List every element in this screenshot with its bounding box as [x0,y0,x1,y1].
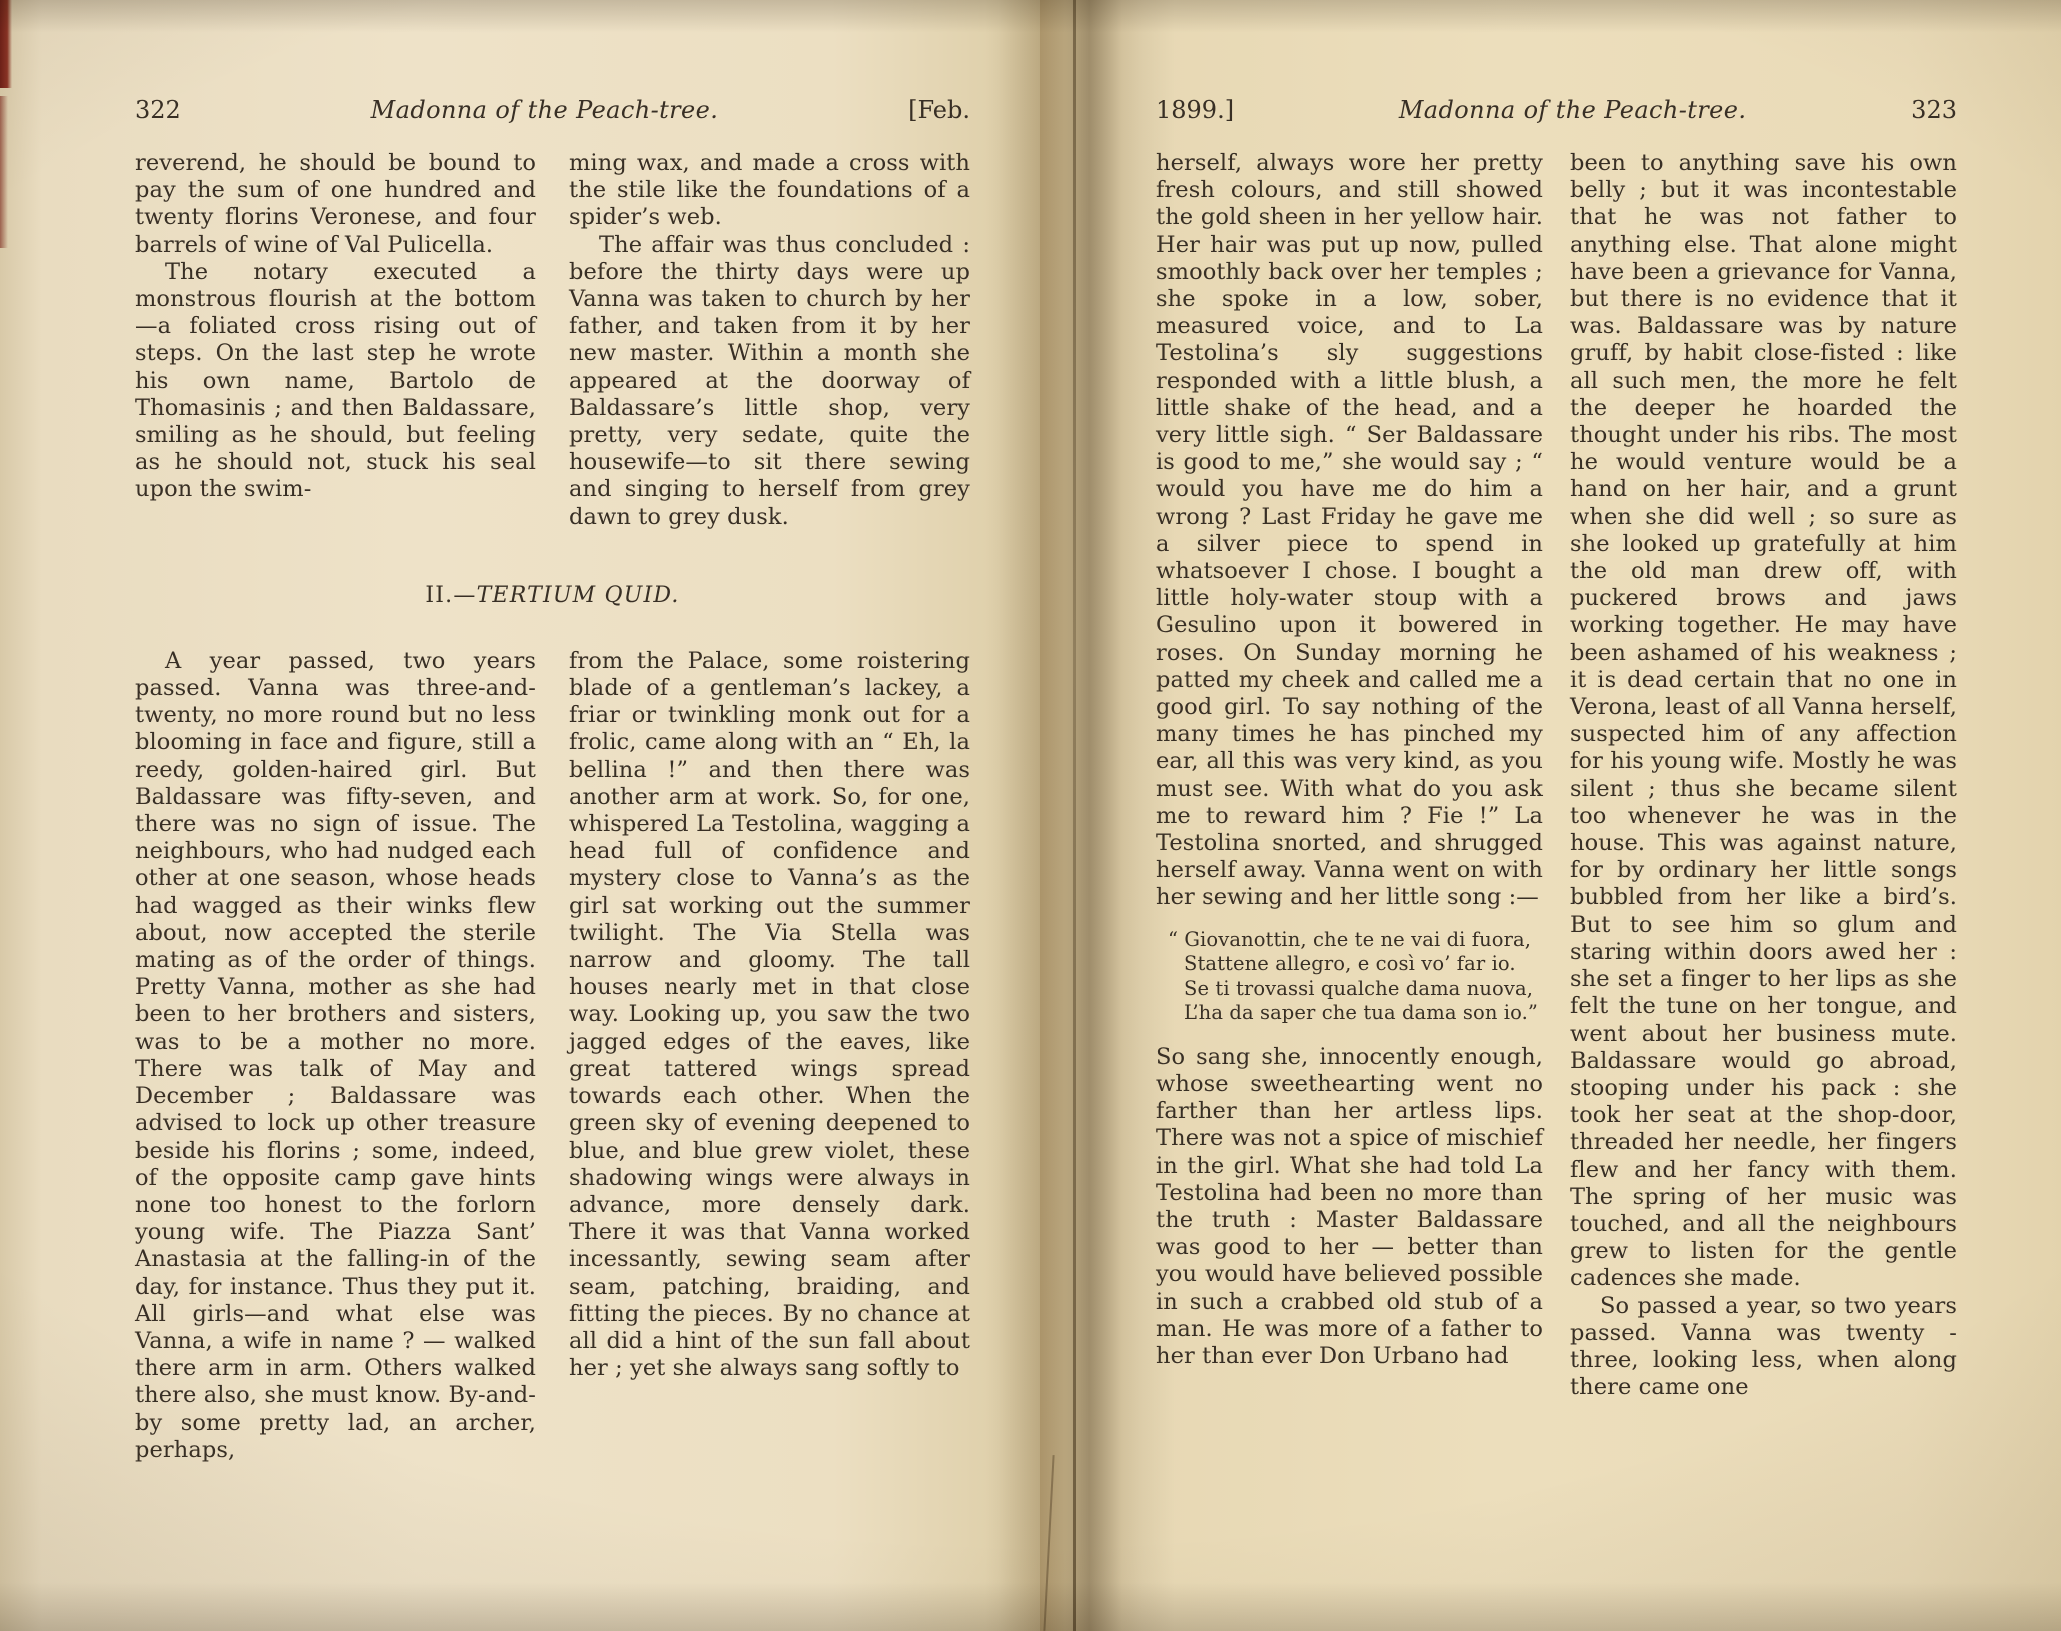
section-title: TERTIUM QUID. [477,583,680,608]
right-column-1: herself, always wore her pretty fresh co… [1156,150,1543,1401]
verse-line: “ Giovanottin, che te ne vai di fuora, [1168,928,1543,953]
right-column-2: been to anything save his own belly ; bu… [1570,150,1957,1401]
right-page-header: 1899.] Madonna of the Peach-tree. 323 [1156,96,1957,124]
paragraph: So sang she, innocently enough, whose sw… [1156,1044,1543,1370]
song-verse: “ Giovanottin, che te ne vai di fuora, S… [1168,928,1543,1026]
right-page-content: 1899.] Madonna of the Peach-tree. 323 he… [1040,0,2061,1401]
paragraph: The affair was thus concluded : before t… [569,232,970,531]
right-running-title: Madonna of the Peach-tree. [1399,96,1747,124]
left-column-1-upper: reverend, he should be bound to pay the … [135,150,536,531]
right-page-number: 323 [1911,96,1957,124]
left-page-header: 322 Madonna of the Peach-tree. [Feb. [135,96,970,124]
paragraph: herself, always wore her pretty fresh co… [1156,150,1543,912]
left-columns-lower: A year passed, two years passed. Vanna w… [135,648,970,1464]
section-number: II.— [425,583,476,608]
paragraph: The notary executed a monstrous flourish… [135,259,536,504]
right-page: 1899.] Madonna of the Peach-tree. 323 he… [1040,0,2061,1631]
left-column-1-lower: A year passed, two years passed. Vanna w… [135,648,536,1464]
verse-line: L’ha da saper che tua dama son io.” [1168,1001,1543,1026]
verse-line: Stattene allegro, e così vo’ far io. [1168,952,1543,977]
left-page-number: 322 [135,96,181,124]
right-columns: herself, always wore her pretty fresh co… [1156,150,1957,1401]
left-issue-date: [Feb. [908,96,970,124]
left-columns-upper: reverend, he should be bound to pay the … [135,150,970,531]
paragraph: from the Palace, some roistering blade o… [569,648,970,1382]
left-page-content: 322 Madonna of the Peach-tree. [Feb. rev… [0,0,1040,1464]
paragraph: ming wax, and made a cross with the stil… [569,150,970,232]
paragraph: So passed a year, so two years passed. V… [1570,1293,1957,1402]
left-column-2-upper: ming wax, and made a cross with the stil… [569,150,970,531]
paragraph: been to anything save his own belly ; bu… [1570,150,1957,1293]
section-heading: II.—TERTIUM QUID. [135,583,970,608]
left-page: 322 Madonna of the Peach-tree. [Feb. rev… [0,0,1040,1631]
left-column-2-lower: from the Palace, some roistering blade o… [569,648,970,1464]
paragraph: A year passed, two years passed. Vanna w… [135,648,536,1464]
right-issue-date: 1899.] [1156,96,1234,124]
verse-line: Se ti trovassi qualche dama nuova, [1168,977,1543,1002]
paragraph: reverend, he should be bound to pay the … [135,150,536,259]
book-scan-spread: 322 Madonna of the Peach-tree. [Feb. rev… [0,0,2061,1631]
left-running-title: Madonna of the Peach-tree. [371,96,719,124]
